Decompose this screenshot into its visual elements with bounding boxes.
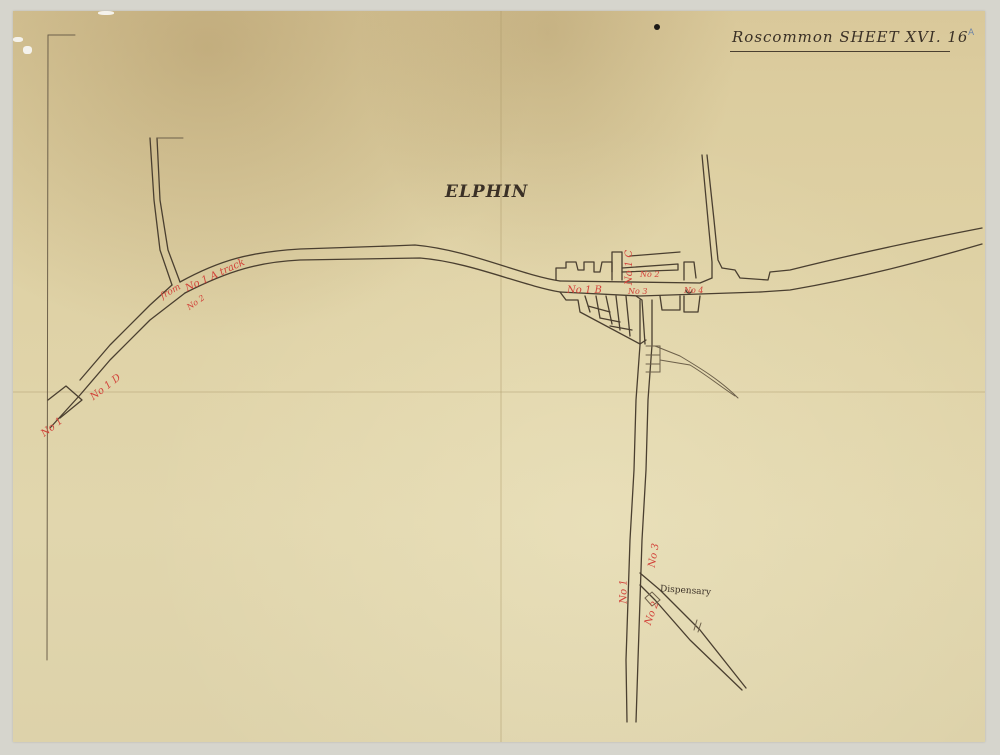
annotation-road-no1: No 1: [619, 579, 630, 603]
small-buildings-south-road: [646, 346, 660, 372]
town-name-label: ELPHIN: [445, 182, 528, 202]
map-drawing: [0, 0, 1000, 755]
map-viewer-frame: Roscommon SHEET XVI. 16 A ELPHIN from No…: [0, 0, 1000, 755]
sheet-border-line: [47, 35, 48, 660]
small-building-west: [48, 386, 82, 418]
road-north-right-edge: [157, 138, 180, 282]
branch-road-southeast: [655, 346, 738, 398]
road-north-right-west-edge: [702, 155, 712, 278]
annotation-no3-town: No 3: [628, 287, 647, 296]
annotation-no4: No 4: [684, 286, 703, 295]
road-southwest-north-edge: [80, 285, 172, 380]
corner-mark: A: [968, 28, 974, 38]
annotation-no1c: No 1 C: [624, 250, 635, 285]
sheet-title: Roscommon SHEET XVI. 16: [732, 28, 968, 46]
ink-blot: [654, 24, 660, 30]
sheet-title-underline: [730, 51, 950, 52]
annotation-no1b: No 1 B: [567, 285, 602, 296]
town-street-north-edge: [560, 278, 712, 283]
annotation-no2-town: No 2: [640, 270, 659, 279]
buildings-south-side: [560, 290, 700, 344]
road-east-north-edge: [722, 228, 982, 280]
road-southwest-south-edge: [50, 293, 185, 428]
road-north-right-east-edge: [707, 155, 722, 268]
road-north-left-edge: [150, 138, 172, 285]
